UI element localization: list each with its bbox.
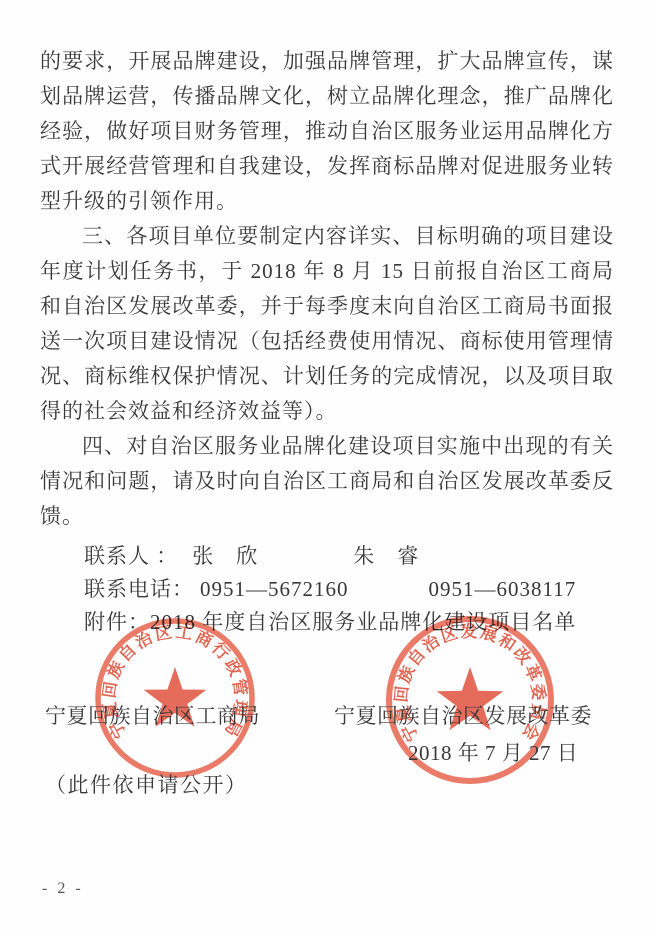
signature-date: 2018 年 7 月 27 日	[408, 737, 578, 767]
disclosure-note: （此件依申请公开）	[45, 769, 248, 799]
contact-block: 联系人 ：张 欣朱 睿 联系电话：0951—56721600951—603811…	[40, 540, 614, 639]
signature-org-fagaiwei: 宁夏回族自治区发展改革委	[334, 700, 592, 730]
paragraph-item-3: 三、各项目单位要制定内容详实、目标明确的项目建设年度计划任务书，于 2018 年…	[40, 219, 614, 429]
contact-phone-1: 0951—5672160	[200, 577, 349, 601]
contact-phone-2: 0951—6038117	[429, 577, 577, 601]
contact-person-1: 张 欣	[192, 544, 258, 568]
paragraph-item-4: 四、对自治区服务业品牌化建设项目实施中出现的有关情况和问题，请及时向自治区工商局…	[40, 429, 614, 534]
contact-person-2: 朱 睿	[353, 544, 419, 568]
paragraph-continued: 的要求，开展品牌建设，加强品牌管理，扩大品牌宣传，谋划品牌运营，传播品牌文化，树…	[40, 44, 614, 219]
contact-person-label: 联系人 ：	[84, 544, 178, 568]
attachment-line: 附件：2018 年度自治区服务业品牌化建设项目名单	[84, 606, 614, 639]
scanned-document-page: 的要求，开展品牌建设，加强品牌管理，扩大品牌宣传，谋划品牌运营，传播品牌文化，树…	[0, 0, 650, 935]
document-body: 的要求，开展品牌建设，加强品牌管理，扩大品牌宣传，谋划品牌运营，传播品牌文化，树…	[40, 44, 614, 639]
page-number: - 2 -	[42, 880, 84, 898]
contact-person-line: 联系人 ：张 欣朱 睿	[84, 540, 614, 573]
signature-org-gongshang: 宁夏回族自治区工商局	[45, 700, 260, 730]
contact-phone-line: 联系电话：0951—56721600951—6038117	[84, 573, 614, 606]
seal-ring	[98, 621, 252, 775]
contact-phone-label: 联系电话：	[84, 577, 194, 601]
